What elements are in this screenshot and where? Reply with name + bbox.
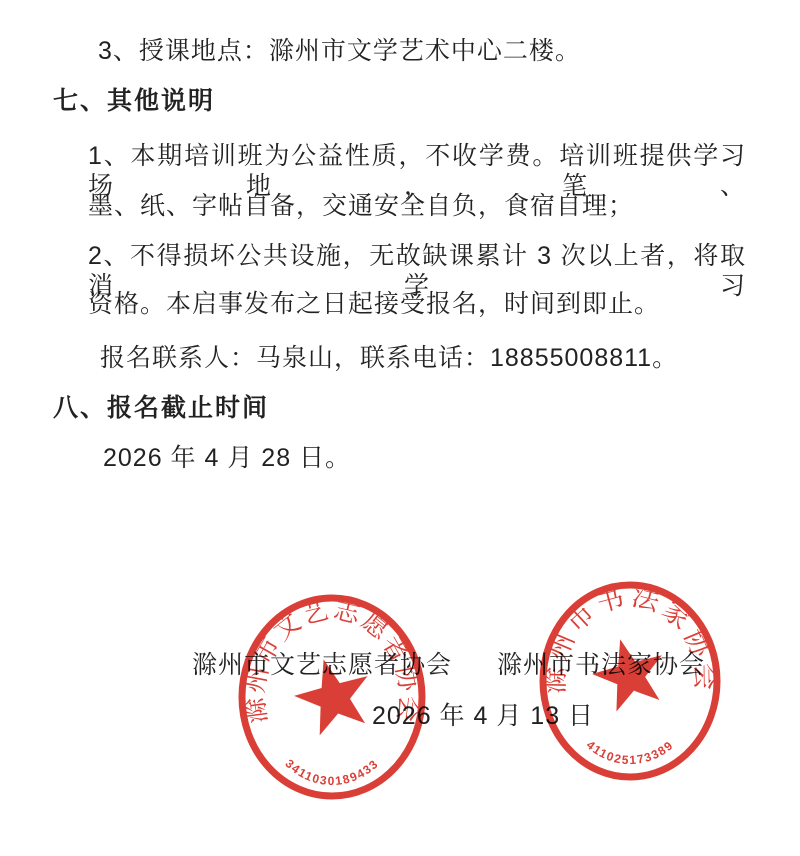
line-class-location: 3、授课地点：滁州市文学艺术中心二楼。 [98, 36, 581, 66]
star-icon [585, 630, 673, 715]
heading-other-notes: 七、其他说明 [53, 86, 215, 116]
seal-code: 411025173389 [584, 738, 677, 767]
deadline-date: 2026 年 4 月 28 日。 [103, 443, 351, 473]
star-icon [287, 650, 379, 740]
heading-deadline: 八、报名截止时间 [53, 393, 269, 423]
contact-line: 报名联系人：马泉山，联系电话：18855008811。 [100, 343, 678, 373]
official-seal-right: 滁州市书法家协会 411025173389 [536, 578, 724, 784]
official-seal-left: 滁州市文艺志愿者协会 3411030189433 [235, 591, 429, 803]
seal-code: 3411030189433 [282, 756, 381, 788]
para2-line2: 资格。本启事发布之日起接受报名，时间到即止。 [88, 289, 660, 319]
scanned-document-page: 3、授课地点：滁州市文学艺术中心二楼。 七、其他说明 1、本期培训班为公益性质，… [0, 0, 800, 856]
para1-line2: 墨、纸、字帖自备，交通安全自负，食宿自理； [88, 191, 634, 221]
